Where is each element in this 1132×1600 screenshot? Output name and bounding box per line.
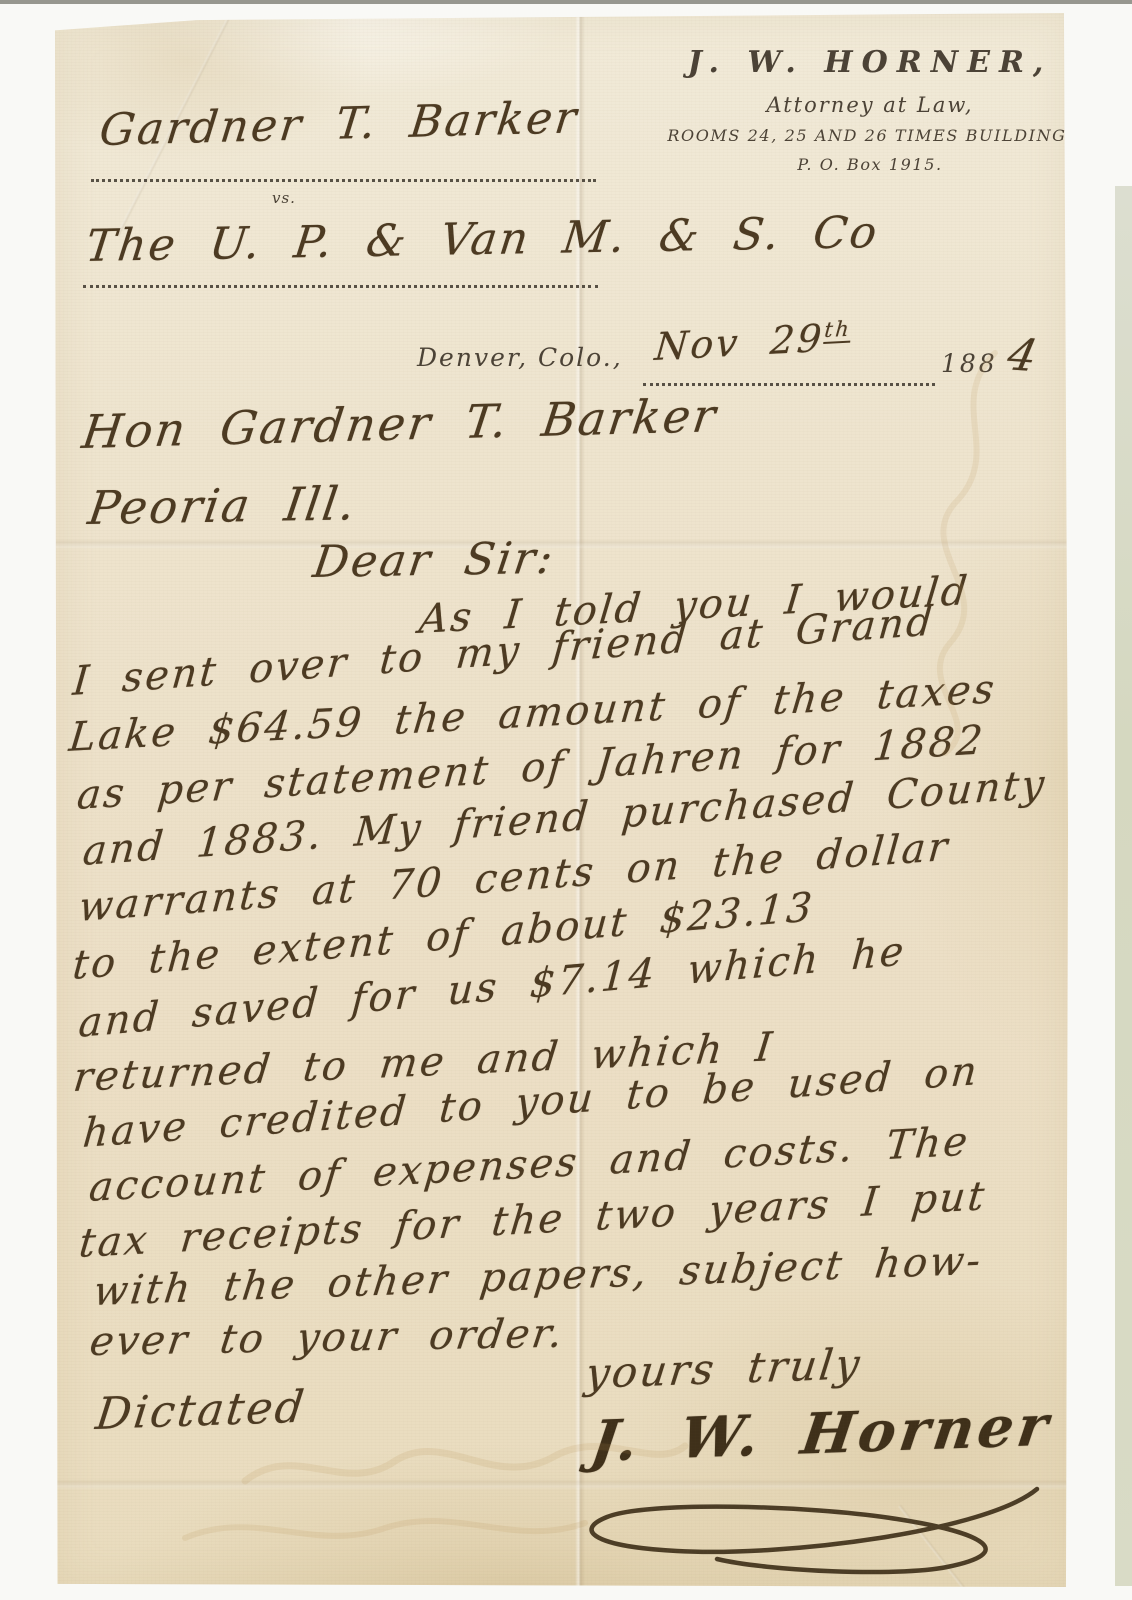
letterhead-name: J. W. HORNER, bbox=[665, 45, 1075, 80]
scanned-letter-page: { "letterhead": { "name": "J. W. HORNER,… bbox=[0, 0, 1132, 1600]
year-printed: 188 bbox=[941, 349, 998, 378]
letterhead-title: Attorney at Law, bbox=[665, 93, 1075, 117]
case-defendant: The U. P. & Van M. & S. Co bbox=[83, 207, 882, 272]
scanner-edge-line bbox=[0, 0, 1132, 4]
dateline-date: Nov 29th bbox=[653, 314, 852, 369]
case-plaintiff: Gardner T. Barker bbox=[97, 92, 581, 156]
recipient-city: Peoria Ill. bbox=[85, 476, 361, 535]
versus-label: vs. bbox=[272, 189, 296, 207]
recipient-name: Hon Gardner T. Barker bbox=[79, 388, 721, 459]
ruled-dotted-line bbox=[83, 285, 598, 288]
signature: J. W. Horner bbox=[587, 1393, 1056, 1475]
signature-flourish bbox=[567, 1479, 1047, 1589]
year-handwritten: 4 bbox=[1003, 330, 1044, 383]
body-line: ever to your order. bbox=[87, 1311, 568, 1365]
letterhead-address: ROOMS 24, 25 AND 26 TIMES BUILDING, bbox=[655, 126, 1085, 145]
salutation: Dear Sir: bbox=[310, 533, 558, 588]
valediction: yours truly bbox=[583, 1339, 865, 1398]
horizontal-crease bbox=[55, 541, 1068, 548]
ink-bleedthrough-mark bbox=[175, 1493, 595, 1563]
ruled-dotted-line bbox=[91, 179, 596, 182]
dictated-notation: Dictated bbox=[93, 1381, 309, 1440]
date-main: Nov 29 bbox=[653, 316, 826, 369]
date-ordinal: th bbox=[823, 317, 852, 345]
dateline-place: Denver, Colo., bbox=[417, 343, 623, 372]
adjacent-paper-strip bbox=[1115, 186, 1132, 1586]
dateline-dotted-rule bbox=[643, 383, 935, 386]
letterhead-pobox: P. O. Box 1915. bbox=[665, 155, 1075, 174]
letter-paper: J. W. HORNER, Attorney at Law, ROOMS 24,… bbox=[55, 13, 1068, 1587]
